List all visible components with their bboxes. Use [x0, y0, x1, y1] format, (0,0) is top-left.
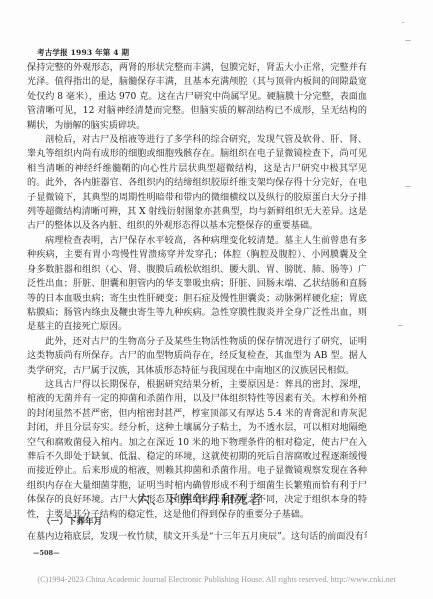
- scan-speck: [402, 22, 404, 23]
- scan-speck: [405, 40, 411, 41]
- subsection-heading: （一）下葬年月: [42, 515, 102, 527]
- paragraph-multidisciplinary-study: 剖检后，对古尸及棺液等进行了多学科的综合研究，发现气管及软骨、肝、肾、睾丸等组织…: [27, 133, 367, 234]
- paragraph-biomolecules: 此外，还对古尸的生物高分子及某些生物活性物质的保存情况进行了研究，证明这类物质尚…: [27, 335, 367, 378]
- scan-speck: [398, 325, 403, 326]
- page-number: —508—: [33, 549, 60, 557]
- running-header: 考古学报 1993 年第 4 期: [37, 47, 129, 60]
- article-body: 保持完整的外观形态，两肾的形状完整而丰满，包膜完好，肾盂大小正常，完整并有光泽。…: [27, 61, 367, 522]
- paragraph-preservation-organs: 保持完整的外观形态，两肾的形状完整而丰满，包膜完好，肾盂大小正常，完整并有光泽。…: [27, 61, 367, 133]
- paragraph-pathology: 病理检查表明，古尸保存水平较高，各种病理变化较清楚。墓主人生前曾患有多种疾病，主…: [27, 234, 367, 335]
- copyright-notice: (C)1994-2023 China Academic Journal Elec…: [0, 575, 433, 584]
- section-heading: 六、下葬年月和死者: [0, 489, 400, 508]
- paragraph-burial-date: 在墓内边箱底层，发现一枚竹牍，牍文开头是“十三年五月庚辰”。这句话的前面没有年: [27, 530, 367, 544]
- journal-page: 考古学报 1993 年第 4 期 保持完整的外观形态，两肾的形状完整而丰满，包膜…: [0, 0, 433, 599]
- scan-speck: [405, 186, 411, 187]
